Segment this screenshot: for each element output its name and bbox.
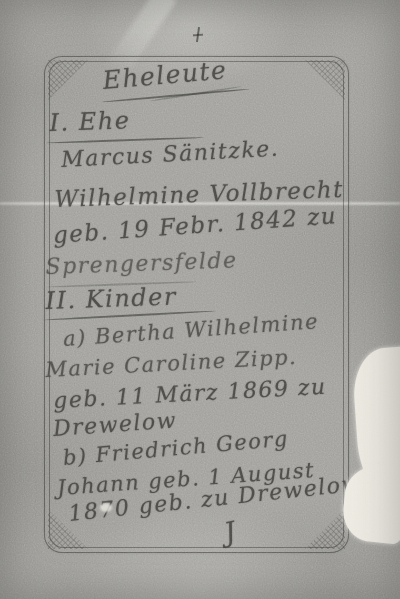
scanned-document-page: Eheleute I. Ehe Marcus Sänitzke. Wilhelm…: [0, 0, 400, 599]
section-heading-ehe: I. Ehe: [49, 106, 131, 137]
stray-ink-mark: [193, 27, 203, 42]
section-heading-kinder: II. Kinder: [45, 282, 177, 315]
